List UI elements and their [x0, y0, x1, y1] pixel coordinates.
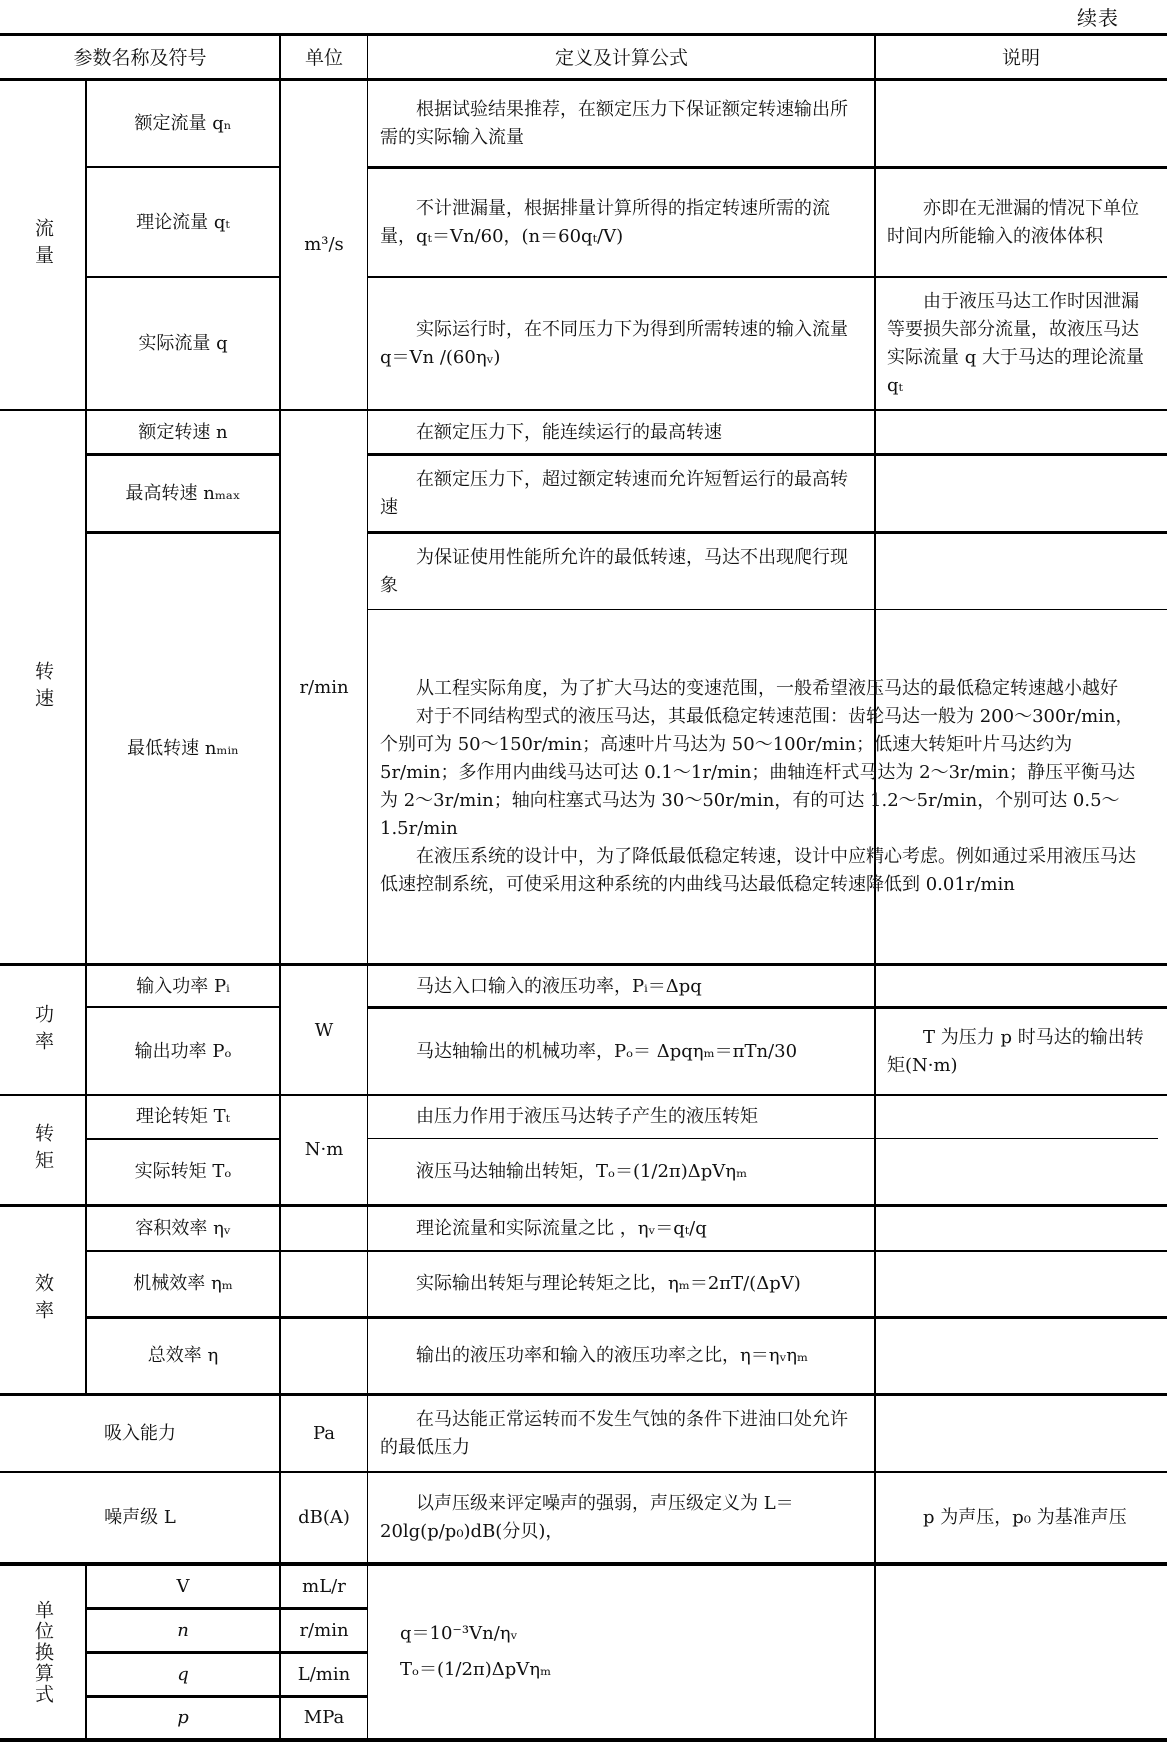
note-rated-speed: [875, 411, 1167, 454]
note-actual-flow: 由于液压马达工作时因泄漏等要损失部分流量，故液压马达实际流量 q 大于马达的理论…: [875, 278, 1167, 409]
note-noise: p 为声压，p₀ 为基准声压: [875, 1473, 1167, 1562]
param-rated-flow: 额定流量 qₙ: [86, 80, 280, 167]
param-volumetric-eff: 容积效率 ηᵥ: [86, 1207, 280, 1250]
note-total-eff: [875, 1319, 1167, 1393]
conversion-symbol-v: V: [86, 1566, 280, 1607]
conversion-unit-p: MPa: [280, 1698, 368, 1738]
definition-output-power: 马达轴输出的机械功率，Pₒ＝ Δpqηₘ＝πTn/30: [368, 1009, 875, 1095]
definition-theoretical-flow: 不计泄漏量，根据排量计算所得的指定转速所需的流量，qₜ＝Vn/60，(n＝60q…: [368, 168, 875, 277]
note-theoretical-flow: 亦即在无泄漏的情况下单位时间内所能输入的液体体积: [875, 168, 1167, 277]
note-output-power: T 为压力 p 时马达的输出转矩(N·m): [875, 1009, 1167, 1095]
note-volumetric-eff: [875, 1207, 1167, 1250]
param-actual-torque: 实际转矩 Tₒ: [86, 1140, 280, 1204]
conversion-symbol-q: q: [86, 1654, 280, 1695]
unit-suction: Pa: [280, 1396, 368, 1471]
definition-input-power: 马达入口输入的液压功率，Pᵢ＝Δpq: [368, 966, 875, 1007]
note-mechanical-eff: [875, 1252, 1167, 1316]
definition-suction: 在马达能正常运转而不发生气蚀的条件下进油口处允许的最低压力: [368, 1396, 875, 1471]
note-actual-torque: [875, 1140, 1167, 1204]
unit-speed: r/min: [280, 411, 368, 964]
param-min-speed: 最低转速 nₘᵢₙ: [86, 534, 280, 964]
param-noise: 噪声级 L: [0, 1473, 280, 1562]
header-note: 说明: [875, 36, 1167, 79]
table-continued-caption: 续表: [1077, 2, 1119, 31]
param-total-eff: 总效率 η: [86, 1319, 280, 1393]
param-max-speed: 最高转速 nₘₐₓ: [86, 456, 280, 532]
definition-theoretical-torque: 由压力作用于液压马达转子产生的液压转矩: [368, 1096, 875, 1138]
param-theoretical-flow: 理论流量 qₜ: [86, 168, 280, 277]
param-mechanical-eff: 机械效率 ηₘ: [86, 1252, 280, 1316]
conversion-formulas: q＝10⁻³Vn/ηᵥ Tₒ＝(1/2π)ΔpVηₘ: [368, 1566, 875, 1738]
group-label-flow: 流量: [0, 80, 86, 409]
param-rated-speed: 额定转速 n: [86, 411, 280, 454]
unit-flow: m³/s: [280, 80, 368, 409]
note-input-power: [875, 966, 1167, 1007]
definition-volumetric-eff: 理论流量和实际流量之比 ，ηᵥ＝qₜ/q: [368, 1207, 875, 1250]
note-suction: [875, 1396, 1167, 1471]
conversion-symbol-p: p: [86, 1698, 280, 1738]
param-suction: 吸入能力: [0, 1396, 280, 1471]
conversion-symbol-n: n: [86, 1610, 280, 1651]
definition-rated-speed: 在额定压力下，能连续运行的最高转速: [368, 411, 875, 454]
unit-noise: dB(A): [280, 1473, 368, 1562]
conversion-formula-torque: Tₒ＝(1/2π)ΔpVηₘ: [400, 1656, 551, 1684]
group-label-conversion: 单位换算式: [0, 1566, 86, 1738]
group-label-speed: 转速: [0, 411, 86, 964]
header-definition: 定义及计算公式: [368, 36, 875, 79]
header-param: 参数名称及符号: [0, 36, 280, 79]
note-rated-flow: [875, 80, 1167, 167]
param-input-power: 输入功率 Pᵢ: [86, 966, 280, 1007]
unit-power: W: [280, 966, 368, 1095]
conversion-formula-flow: q＝10⁻³Vn/ηᵥ: [400, 1620, 551, 1648]
definition-actual-flow: 实际运行时，在不同压力下为得到所需转速的输入流量 q＝Vn /(60ηᵥ): [368, 278, 875, 409]
definition-noise: 以声压级来评定噪声的强弱，声压级定义为 L＝20lg(p/p₀)dB(分贝)，: [368, 1473, 875, 1562]
definition-mechanical-eff: 实际输出转矩与理论转矩之比，ηₘ＝2πT/(ΔpV): [368, 1252, 875, 1316]
param-output-power: 输出功率 Pₒ: [86, 1009, 280, 1095]
note-conversion: [875, 1566, 1167, 1738]
note-max-speed: [875, 456, 1167, 532]
header-unit: 单位: [280, 36, 368, 79]
conversion-unit-v: mL/r: [280, 1566, 368, 1607]
param-theoretical-torque: 理论转矩 Tₜ: [86, 1096, 280, 1138]
row-line: [368, 1138, 1158, 1139]
definition-max-speed: 在额定压力下，超过额定转速而允许短暂运行的最高转速: [368, 456, 875, 532]
param-actual-flow: 实际流量 q: [86, 278, 280, 409]
definition-rated-flow: 根据试验结果推荐，在额定压力下保证额定转速输出所需的实际输入流量: [368, 80, 875, 167]
definition-min-speed-a: 为保证使用性能所允许的最低转速，马达不出现爬行现象: [368, 534, 875, 610]
conversion-unit-n: r/min: [280, 1610, 368, 1651]
definition-actual-torque: 液压马达轴输出转矩，Tₒ＝(1/2π)ΔpVηₘ: [368, 1140, 875, 1204]
bottom-rule: [0, 1738, 1167, 1742]
definition-min-speed-b: 从工程实际角度，为了扩大马达的变速范围，一般希望液压马达的最低稳定转速越小越好 …: [368, 611, 1167, 963]
group-label-torque: 转矩: [0, 1096, 86, 1204]
group-label-efficiency: 效率: [0, 1207, 86, 1393]
unit-torque: N·m: [280, 1096, 368, 1204]
group-label-power: 功率: [0, 966, 86, 1095]
note-min-speed: [875, 534, 1167, 610]
definition-total-eff: 输出的液压功率和输入的液压功率之比，η＝ηᵥηₘ: [368, 1319, 875, 1393]
note-theoretical-torque: [875, 1096, 1167, 1138]
unit-volumetric-eff: [280, 1207, 368, 1250]
conversion-unit-q: L/min: [280, 1654, 368, 1695]
